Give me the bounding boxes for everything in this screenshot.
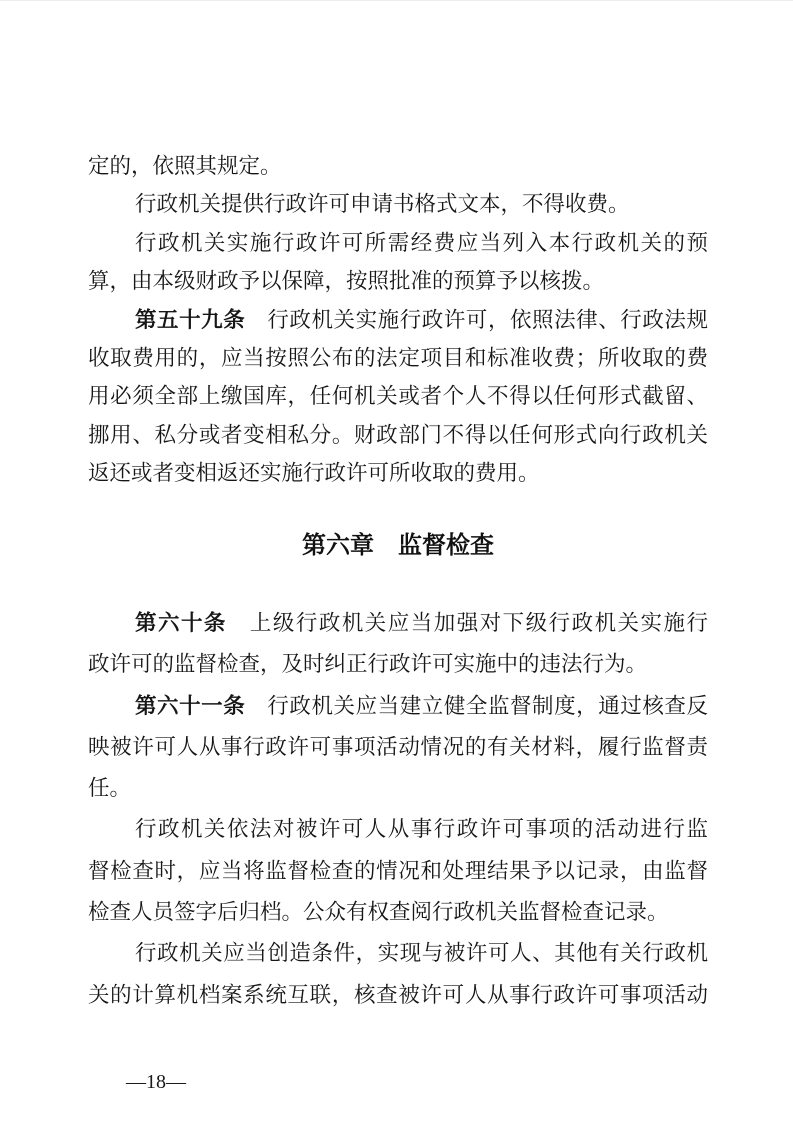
body-text-lower-block: 第六十条 上级行政机关应当加强对下级行政机关实施行政许可的监督检查，及时纠正行政… xyxy=(88,603,708,1016)
text-line: 行政机关实施行政许可所需经费应当列入本行政机关的预 xyxy=(88,224,708,262)
text-line: 关的计算机档案系统互联，核查被许可人从事行政许可事项活动 xyxy=(88,975,708,1016)
text-line: 第六十条 上级行政机关应当加强对下级行政机关实施行 xyxy=(88,603,708,644)
text-line: 定的，依照其规定。 xyxy=(88,147,708,185)
text-line: 用必须全部上缴国库，任何机关或者个人不得以任何形式截留、 xyxy=(88,377,708,415)
text-line: 映被许可人从事行政许可事项活动情况的有关材料，履行监督责 xyxy=(88,727,708,768)
text-line: 第五十九条 行政机关实施行政许可，依照法律、行政法规 xyxy=(88,301,708,339)
text-line: 返还或者变相返还实施行政许可所收取的费用。 xyxy=(88,454,708,492)
text-line: 算，由本级财政予以保障，按照批准的预算予以核拨。 xyxy=(88,262,708,300)
text-line: 行政机关应当创造条件，实现与被许可人、其他有关行政机 xyxy=(88,933,708,974)
text-line: 第六十一条 行政机关应当建立健全监督制度，通过核查反 xyxy=(88,686,708,727)
page-number: —18— xyxy=(126,1070,186,1094)
article-number: 第六十一条 xyxy=(135,694,245,718)
document-page: 定的，依照其规定。行政机关提供行政许可申请书格式文本，不得收费。行政机关实施行政… xyxy=(0,0,793,1122)
text-line: 任。 xyxy=(88,768,708,809)
text-line: 行政机关依法对被许可人从事行政许可事项的活动进行监 xyxy=(88,809,708,850)
article-number: 第六十条 xyxy=(135,611,227,635)
text-line: 行政机关提供行政许可申请书格式文本，不得收费。 xyxy=(88,185,708,223)
chapter-heading: 第六章 监督检查 xyxy=(88,527,708,565)
text-line: 收取费用的，应当按照公布的法定项目和标准收费；所收取的费 xyxy=(88,339,708,377)
text-line: 督检查时，应当将监督检查的情况和处理结果予以记录，由监督 xyxy=(88,851,708,892)
text-line: 挪用、私分或者变相私分。财政部门不得以任何形式向行政机关 xyxy=(88,416,708,454)
body-text-upper-block: 定的，依照其规定。行政机关提供行政许可申请书格式文本，不得收费。行政机关实施行政… xyxy=(88,147,708,493)
article-number: 第五十九条 xyxy=(135,308,245,332)
text-line: 政许可的监督检查，及时纠正行政许可实施中的违法行为。 xyxy=(88,644,708,685)
text-line: 检查人员签字后归档。公众有权查阅行政机关监督检查记录。 xyxy=(88,892,708,933)
